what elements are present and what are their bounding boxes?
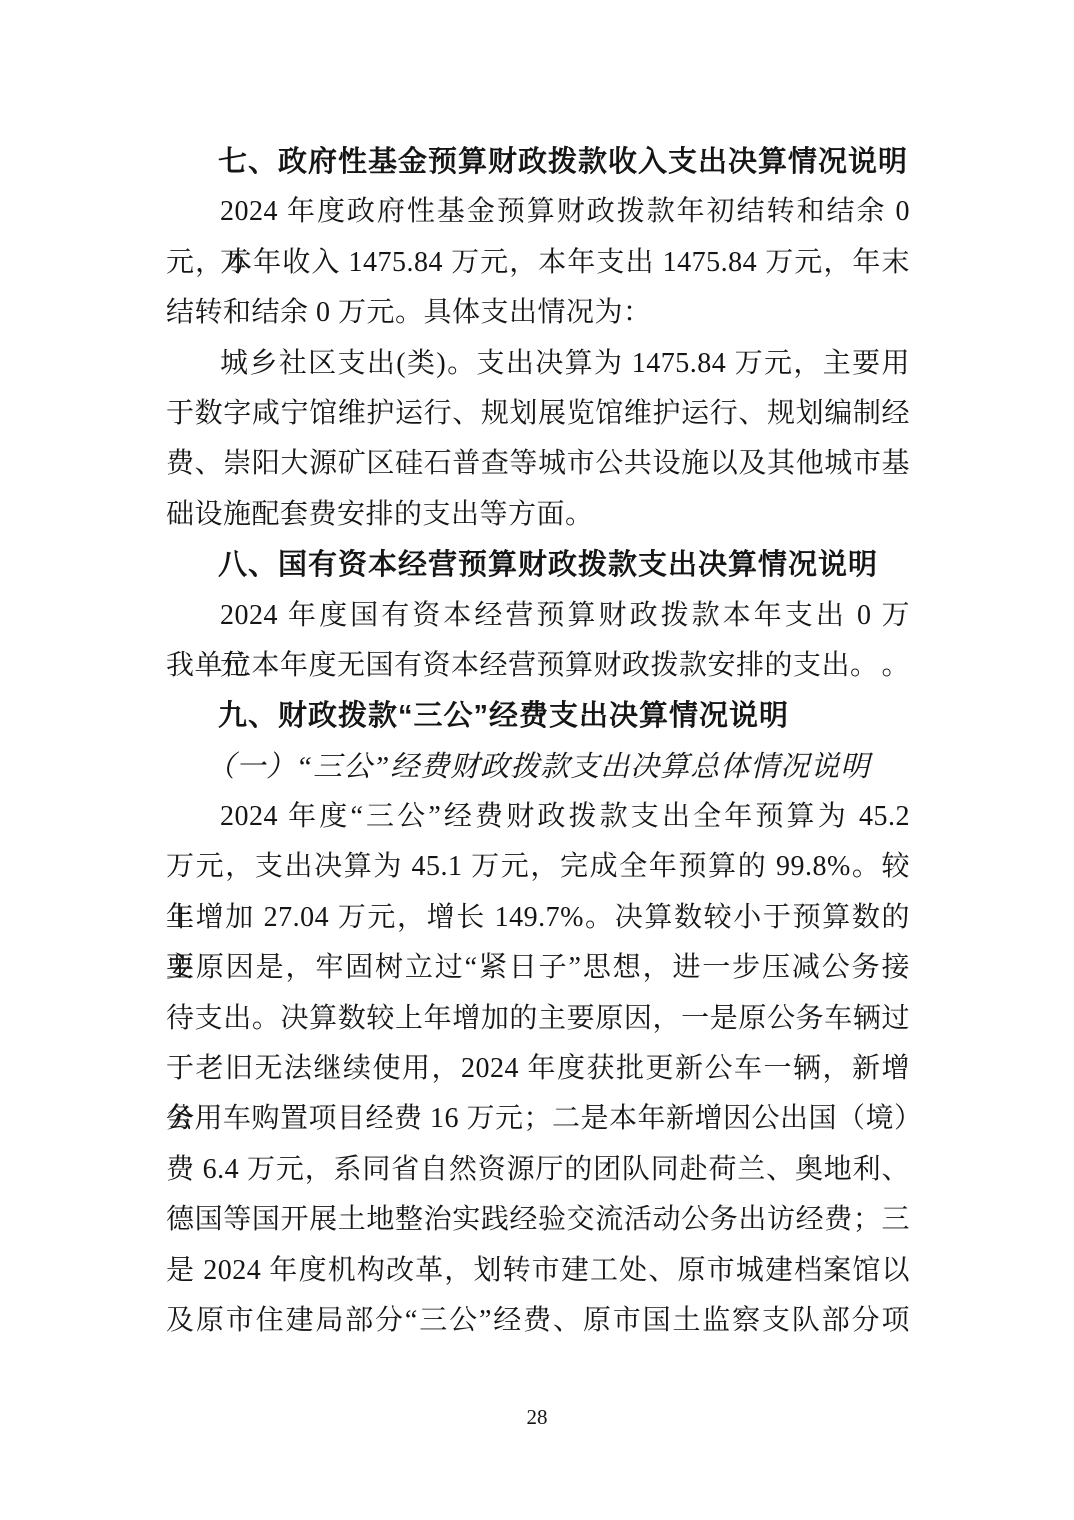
- paragraph-line: 城乡社区支出(类)。支出决算为 1475.84 万元，主要用: [166, 339, 910, 389]
- paragraph-line: 务用车购置项目经费 16 万元；二是本年新增因公出国（境）: [166, 1094, 910, 1144]
- paragraph-line: 要原因是，牢固树立过“紧日子”思想，进一步压减公务接: [166, 943, 910, 993]
- paragraph-line: 是 2024 年度机构改革，划转市建工处、原市城建档案馆以: [166, 1246, 910, 1296]
- document-body: 七、政府性基金预算财政拨款收入支出决算情况说明 2024 年度政府性基金预算财政…: [166, 137, 910, 1346]
- paragraph-line: 待支出。决算数较上年增加的主要原因，一是原公务车辆过: [166, 994, 910, 1044]
- paragraph-line: 2024 年度国有资本经营预算财政拨款本年支出 0 万元。: [166, 591, 910, 641]
- section-heading-8: 八、国有资本经营预算财政拨款支出决算情况说明: [166, 540, 910, 590]
- paragraph-line: 2024 年度“三公”经费财政拨款支出全年预算为 45.2: [166, 792, 910, 842]
- subsection-heading: （一）“三公”经费财政拨款支出决算总体情况说明: [166, 742, 910, 792]
- paragraph-line: 元，本年收入 1475.84 万元，本年支出 1475.84 万元，年末: [166, 238, 910, 288]
- paragraph-line: 费、崇阳大源矿区硅石普查等城市公共设施以及其他城市基: [166, 439, 910, 489]
- paragraph-line: 我单位本年度无国有资本经营预算财政拨款安排的支出。: [166, 641, 910, 691]
- paragraph-line: 费 6.4 万元，系同省自然资源厅的团队同赴荷兰、奥地利、: [166, 1145, 910, 1195]
- paragraph-line: 及原市住建局部分“三公”经费、原市国土监察支队部分项: [166, 1296, 910, 1346]
- paragraph-line: 万元，支出决算为 45.1 万元，完成全年预算的 99.8%。较上: [166, 842, 910, 892]
- section-heading-9: 九、财政拨款“三公”经费支出决算情况说明: [166, 691, 910, 741]
- paragraph-line: 础设施配套费安排的支出等方面。: [166, 490, 910, 540]
- paragraph-line: 于老旧无法继续使用，2024 年度获批更新公车一辆，新增公: [166, 1044, 910, 1094]
- section-heading-7: 七、政府性基金预算财政拨款收入支出决算情况说明: [166, 137, 910, 187]
- paragraph-line: 于数字咸宁馆维护运行、规划展览馆维护运行、规划编制经: [166, 389, 910, 439]
- paragraph-line: 结转和结余 0 万元。具体支出情况为：: [166, 288, 910, 338]
- paragraph-line: 2024 年度政府性基金预算财政拨款年初结转和结余 0 万: [166, 187, 910, 237]
- page-number: 28: [0, 1402, 1074, 1432]
- paragraph-line: 年增加 27.04 万元，增长 149.7%。决算数较小于预算数的主: [166, 893, 910, 943]
- document-page: 七、政府性基金预算财政拨款收入支出决算情况说明 2024 年度政府性基金预算财政…: [0, 0, 1074, 1520]
- paragraph-line: 德国等国开展土地整治实践经验交流活动公务出访经费；三: [166, 1195, 910, 1245]
